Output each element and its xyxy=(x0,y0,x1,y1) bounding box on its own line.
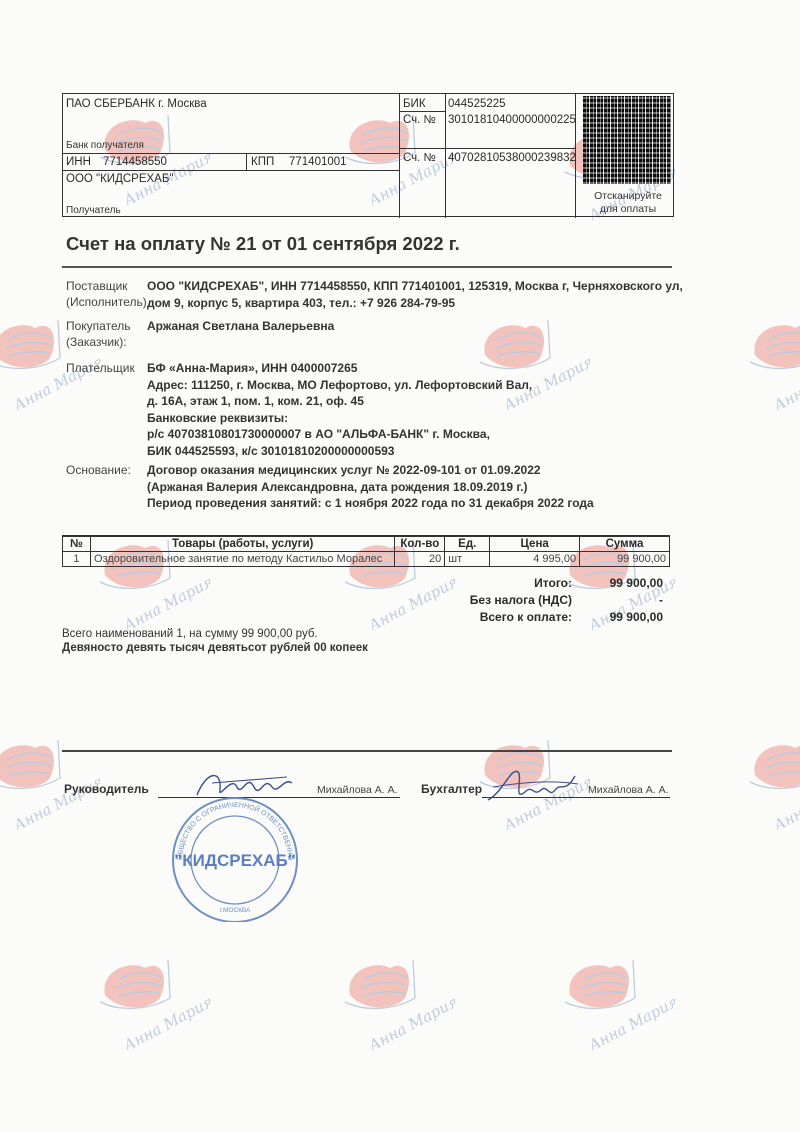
signature-divider xyxy=(62,750,672,752)
supplier-value: ООО "КИДСРЕХАБ", ИНН 7714458550, КПП 771… xyxy=(147,278,683,311)
anna-maria-watermark-icon: Анна Мария xyxy=(0,300,100,410)
corr-account-value: 30101810400000000225 xyxy=(448,114,576,126)
inn-value: 7714458550 xyxy=(103,156,167,168)
col-price: Цена xyxy=(490,536,580,552)
bik-label: БИК xyxy=(403,98,426,110)
items-count-summary: Всего наименований 1, на сумму 99 900,00… xyxy=(62,628,318,640)
basis-label: Основание: xyxy=(66,462,131,478)
svg-text:Анна Мария: Анна Мария xyxy=(365,573,455,630)
amount-in-words: Девяносто девять тысяч девятьсот рублей … xyxy=(62,642,368,654)
title-divider xyxy=(62,266,672,268)
director-label: Руководитель xyxy=(64,782,149,796)
svg-text:Анна Мария: Анна Мария xyxy=(365,993,455,1050)
anna-maria-watermark-icon: Анна Мария xyxy=(0,720,100,830)
total-value: 99 900,00 xyxy=(610,610,663,624)
items-header-row: № Товары (работы, услуги) Кол-во Ед. Цен… xyxy=(63,536,670,552)
invoice-title: Счет на оплату № 21 от 01 сентября 2022 … xyxy=(66,233,460,255)
table-row: 1 Оздоровительное занятие по методу Каст… xyxy=(63,552,670,567)
anna-maria-watermark-icon: Анна Мария xyxy=(335,940,455,1050)
payment-qr-code[interactable] xyxy=(583,96,671,184)
recipient-label: Получатель xyxy=(66,205,121,216)
recipient-name: ООО "КИДСРЕХАБ" xyxy=(66,173,173,185)
buyer-value: Аржаная Светлана Валерьевна xyxy=(147,318,334,335)
items-table: № Товары (работы, услуги) Кол-во Ед. Цен… xyxy=(62,535,670,567)
vat-label: Без налога (НДС) xyxy=(470,593,572,607)
kpp-value: 771401001 xyxy=(289,156,347,168)
vat-value: - xyxy=(659,593,663,607)
col-qty: Кол-во xyxy=(395,536,445,552)
kpp-label: КПП xyxy=(251,156,274,168)
anna-maria-watermark-icon: Анна Мария xyxy=(740,300,800,410)
anna-maria-watermark-icon: Анна Мария xyxy=(555,940,675,1050)
svg-text:Анна Мария: Анна Мария xyxy=(120,993,210,1050)
qr-caption: Отсканируйте для оплаты xyxy=(578,190,678,216)
corr-account-label: Сч. № xyxy=(403,114,436,126)
accountant-name: Михайлова А. А. xyxy=(588,784,669,796)
accountant-label: Бухгалтер xyxy=(421,782,482,796)
bank-name: ПАО СБЕРБАНК г. Москва xyxy=(66,98,207,110)
accountant-signature xyxy=(483,762,583,807)
svg-text:Анна Мария: Анна Мария xyxy=(770,773,800,830)
bank-label: Банк получателя xyxy=(66,140,144,151)
col-number: № xyxy=(63,536,91,552)
account-label: Сч. № xyxy=(403,152,436,164)
anna-maria-watermark-icon: Анна Мария xyxy=(740,720,800,830)
basis-value: Договор оказания медицинских услуг № 202… xyxy=(147,462,594,512)
supplier-label: Поставщик (Исполнитель) xyxy=(66,278,147,310)
svg-text:Анна Мария: Анна Мария xyxy=(120,573,210,630)
inn-label: ИНН xyxy=(66,156,91,168)
anna-maria-watermark-icon: Анна Мария xyxy=(90,940,210,1050)
subtotal-label: Итого: xyxy=(534,576,572,590)
total-label: Всего к оплате: xyxy=(480,610,572,624)
svg-text:Анна Мария: Анна Мария xyxy=(585,993,675,1050)
company-stamp: ОБЩЕСТВО С ОГРАНИЧЕННОЙ ОТВЕТСТВЕННОСТЬЮ… xyxy=(160,792,310,922)
svg-text:"КИДСРЕХАБ": "КИДСРЕХАБ" xyxy=(174,851,296,870)
payer-value: БФ «Анна-Мария», ИНН 0400007265 Адрес: 1… xyxy=(147,360,532,459)
account-value: 40702810538000239832 xyxy=(448,152,576,164)
bik-value: 044525225 xyxy=(448,98,506,110)
subtotal-value: 99 900,00 xyxy=(610,576,663,590)
col-sum: Сумма xyxy=(580,536,670,552)
buyer-label: Покупатель (Заказчик): xyxy=(66,318,130,350)
col-goods: Товары (работы, услуги) xyxy=(90,536,394,552)
payer-label: Плательщик xyxy=(66,360,135,376)
director-name: Михайлова А. А. xyxy=(317,784,398,796)
col-unit: Ед. xyxy=(445,536,490,552)
svg-text:Анна Мария: Анна Мария xyxy=(770,353,800,410)
svg-text:г.МОСКВА: г.МОСКВА xyxy=(220,907,251,914)
